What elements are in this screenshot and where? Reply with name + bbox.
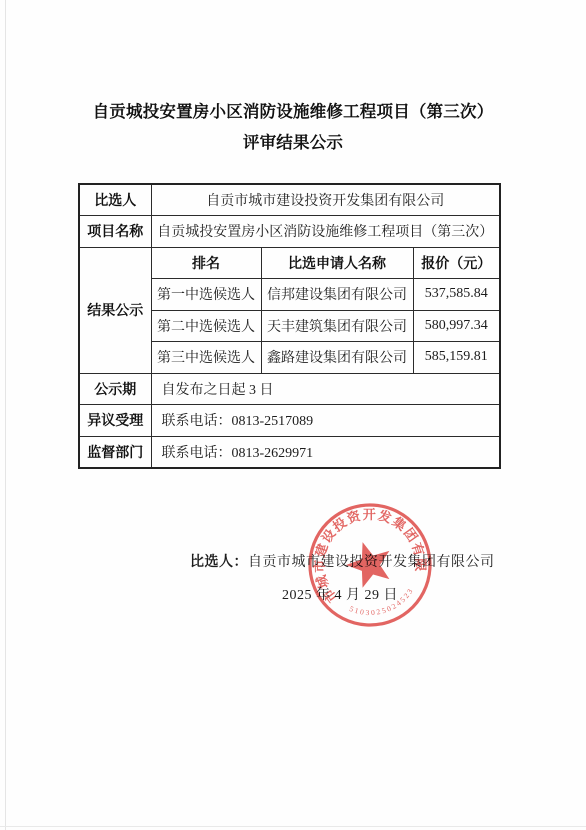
applicant-cell: 鑫路建设集团有限公司 <box>261 342 413 374</box>
row-bixuanren: 比选人 自贡市城市建设投资开发集团有限公司 <box>79 184 500 216</box>
title-line-1: 自贡城投安置房小区消防设施维修工程项目（第三次） <box>0 96 586 127</box>
signer-label: 比选人： <box>190 555 248 570</box>
results-header-price: 报价（元） <box>413 247 500 279</box>
row-period: 公示期 自发布之日起 3 日 <box>79 373 500 405</box>
row-objection: 异议受理 联系电话：0813-2517089 <box>79 405 500 437</box>
scan-edge-bottom <box>0 826 586 827</box>
results-header-applicant: 比选申请人名称 <box>261 247 413 279</box>
rank-cell: 第三中选候选人 <box>151 342 261 374</box>
objection-label: 异议受理 <box>79 405 151 437</box>
row-supervision: 监督部门 联系电话：0813-2629971 <box>79 436 500 468</box>
document-page: 自贡城投安置房小区消防设施维修工程项目（第三次） 评审结果公示 比选人 自贡市城… <box>0 0 586 830</box>
signature-line: 比选人：自贡市城市建设投资开发集团有限公司 <box>190 551 495 571</box>
period-value: 自发布之日起 3 日 <box>151 373 500 405</box>
signer-value: 自贡市城市建设投资开发集团有限公司 <box>248 555 495 570</box>
rank-cell: 第一中选候选人 <box>151 279 261 311</box>
results-label: 结果公示 <box>79 247 151 373</box>
document-title: 自贡城投安置房小区消防设施维修工程项目（第三次） 评审结果公示 <box>0 96 586 158</box>
period-label: 公示期 <box>79 373 151 405</box>
objection-value: 联系电话：0813-2517089 <box>151 405 500 437</box>
bixuanren-value: 自贡市城市建设投资开发集团有限公司 <box>151 184 500 216</box>
price-cell: 537,585.84 <box>413 279 500 311</box>
bixuanren-label: 比选人 <box>79 184 151 216</box>
signature-date: 2025 年 4 月 29 日 <box>190 584 490 604</box>
supervision-label: 监督部门 <box>79 436 151 468</box>
price-cell: 585,159.81 <box>413 342 500 374</box>
price-cell: 580,997.34 <box>413 310 500 342</box>
supervision-value: 联系电话：0813-2629971 <box>151 436 500 468</box>
rank-cell: 第二中选候选人 <box>151 310 261 342</box>
project-name-label: 项目名称 <box>79 216 151 248</box>
applicant-cell: 天丰建筑集团有限公司 <box>261 310 413 342</box>
results-header-rank: 排名 <box>151 247 261 279</box>
row-results-header: 结果公示 排名 比选申请人名称 报价（元） <box>79 247 500 279</box>
project-name-value: 自贡城投安置房小区消防设施维修工程项目（第三次） <box>151 216 500 248</box>
announcement-table: 比选人 自贡市城市建设投资开发集团有限公司 项目名称 自贡城投安置房小区消防设施… <box>78 183 501 469</box>
title-line-2: 评审结果公示 <box>0 127 586 158</box>
row-project-name: 项目名称 自贡城投安置房小区消防设施维修工程项目（第三次） <box>79 216 500 248</box>
applicant-cell: 信邦建设集团有限公司 <box>261 279 413 311</box>
